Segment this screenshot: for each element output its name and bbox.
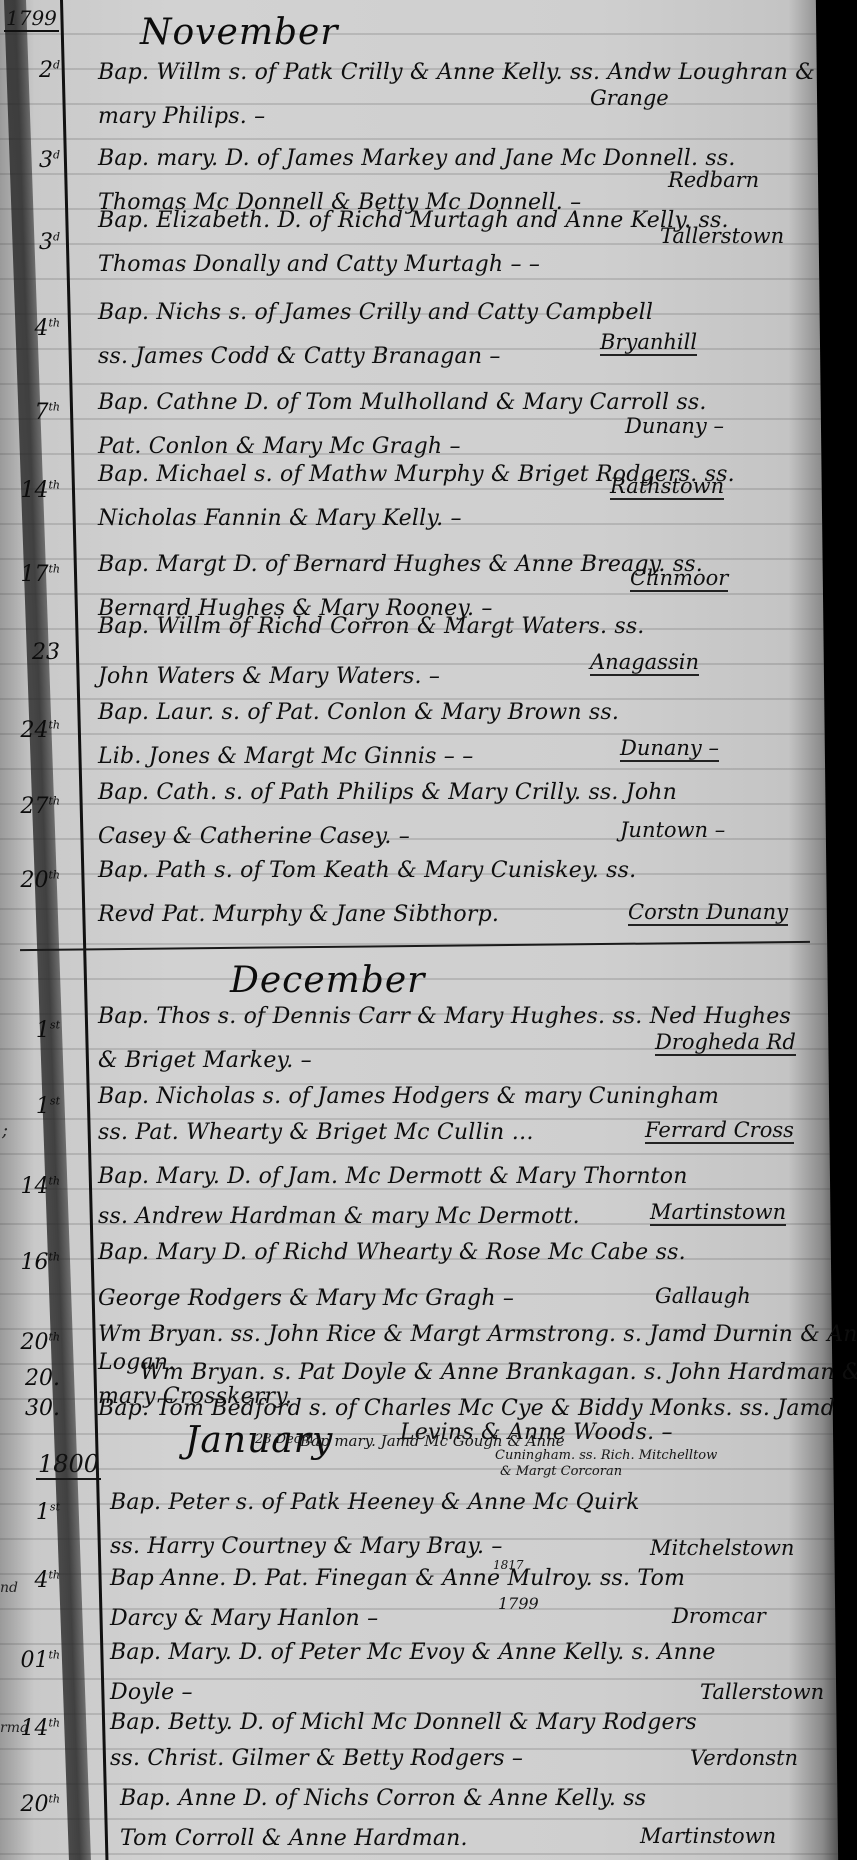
entry-date: 7th [0,400,60,425]
entry-sponsors-line: ss. Andrew Hardman & mary Mc Dermott. [98,1204,580,1229]
register-page: 1799 1800 NovemberDecemberJanuary 2dBap.… [0,0,857,1860]
year-label-1800: 1800 [36,1450,101,1480]
entry-baptism-line: Bap. Elizabeth. D. of Richd Murtagh and … [98,208,729,233]
entry-sponsors-line: Revd Pat. Murphy & Jane Sibthorp. [98,902,499,927]
entry-sponsors-line: ss. James Codd & Catty Branagan – [98,344,501,369]
entry-baptism-line: Wm Bryan. ss. John Rice & Margt Armstron… [98,1322,857,1347]
entry-baptism-line: Bap Anne. D. Pat. Finegan & Anne Mulroy.… [110,1566,685,1591]
entry-baptism-line: Wm Bryan. s. Pat Doyle & Anne Brankagan.… [140,1360,857,1385]
entry-date: 16th [0,1250,60,1275]
year-divider [36,1478,96,1480]
entry-baptism-line: Bap. mary. D. of James Markey and Jane M… [98,146,736,171]
entry-townland: Drogheda Rd [655,1030,796,1056]
interlinear-1799: 1799 [498,1594,539,1613]
entry-baptism-line: Bap. Mary. D. of Jam. Mc Dermott & Mary … [98,1164,688,1189]
entry-date: 3d [0,148,60,173]
entry-sponsors-line: Tom Corroll & Anne Hardman. [120,1826,468,1851]
entry-baptism-line: Bap. Anne D. of Nichs Corron & Anne Kell… [120,1786,646,1811]
entry-sponsors-line: Doyle – [110,1680,193,1705]
entry-baptism-line: Bap. Willm of Richd Corron & Margt Water… [98,614,645,639]
interlinear-1817: 1817 [493,1558,524,1572]
entry-date: 23 [0,640,60,665]
left-edge-fragment: rma [0,1720,28,1736]
entry-baptism-line: Bap. Thos s. of Dennis Carr & Mary Hughe… [98,1004,791,1029]
entry-baptism-line: Bap. Mary. D. of Peter Mc Evoy & Anne Ke… [110,1640,716,1665]
entry-baptism-line: Bap. Peter s. of Patk Heeney & Anne Mc Q… [110,1490,640,1515]
entry-townland: Dunany – [620,736,719,762]
entry-baptism-line: Bap. Mary D. of Richd Whearty & Rose Mc … [98,1240,686,1265]
entry-date: 20th [0,1330,60,1355]
year-label-1799: 1799 [4,6,59,32]
entry-townland: Tallerstown [700,1680,824,1704]
entry-townland: Verdonstn [690,1746,798,1770]
entry-baptism-line: Bap. Laur. s. of Pat. Conlon & Mary Brow… [98,700,619,725]
entry-date: 14th [0,1174,60,1199]
entry-sponsors-line: ss. Pat. Whearty & Briget Mc Cullin … [98,1120,534,1145]
entry-townland: Ferrard Cross [645,1118,794,1144]
entry-baptism-line: Bap. Cath. s. of Path Philips & Mary Cri… [98,780,677,805]
entry-date: 30. [0,1396,60,1421]
entry-date: 20th [0,1792,60,1817]
entry-date: 14th [0,478,60,503]
entry-date: 3d [0,230,60,255]
entry-sponsors-line: ss. Christ. Gilmer & Betty Rodgers – [110,1746,523,1771]
entry-sponsors-line: John Waters & Mary Waters. – [98,664,440,689]
entry-date: 20th [0,868,60,893]
entry-townland: Clinmoor [630,566,728,592]
entry-date: 27th [0,794,60,819]
entry-townland: Grange [590,86,669,110]
entry-date: 1st [0,1500,60,1525]
entry-baptism-line: Bap. Cathne D. of Tom Mulholland & Mary … [98,390,707,415]
entry-sponsors-line: Pat. Conlon & Mary Mc Gragh – [98,434,461,459]
january-note-3: & Margt Corcoran [500,1464,622,1479]
entry-sponsors-line: Thomas Donally and Catty Murtagh – – [98,252,540,277]
left-edge-fragment: nd [0,1580,18,1596]
entry-baptism-line: Bap. Willm s. of Patk Crilly & Anne Kell… [98,60,815,85]
entry-townland: Redbarn [668,168,759,192]
entry-baptism-line: Bap. Betty. D. of Michl Mc Donnell & Mar… [110,1710,697,1735]
entry-townland: Dromcar [672,1604,766,1628]
left-edge-fragment: ; [2,1120,8,1141]
entry-townland: Juntown – [620,818,725,842]
entry-date: 17th [0,562,60,587]
entry-townland: Bryanhill [600,330,697,356]
entry-date: 1st [0,1094,60,1119]
entry-sponsors-line: Lib. Jones & Margt Mc Ginnis – – [98,744,473,769]
entry-baptism-line: Bap. Path s. of Tom Keath & Mary Cuniske… [98,858,636,883]
month-heading: November [140,12,339,53]
entry-sponsors-line: & Briget Markey. – [98,1048,312,1073]
entry-date: 01th [0,1648,60,1673]
entry-date: 1st [0,1018,60,1043]
entry-date: 24th [0,718,60,743]
entry-baptism-line: Bap. Tom Bedford s. of Charles Mc Cye & … [98,1396,835,1421]
entry-sponsors-line: Nicholas Fannin & Mary Kelly. – [98,506,462,531]
entry-townland: Martinstown [640,1824,776,1848]
entry-townland: Anagassin [590,650,699,676]
entry-sponsors-line: Casey & Catherine Casey. – [98,824,410,849]
entry-baptism-line: Bap. Nicholas s. of James Hodgers & mary… [98,1084,719,1109]
entry-townland: Rathstown [610,474,724,500]
entry-sponsors-line: Darcy & Mary Hanlon – [110,1606,378,1631]
entry-sponsors-line: mary Philips. – [98,104,265,129]
entry-sponsors-line: ss. Harry Courtney & Mary Bray. – [110,1534,503,1559]
entry-date: 20. [0,1366,60,1391]
entry-sponsors-line: George Rodgers & Mary Mc Gragh – [98,1286,514,1311]
month-heading: December [230,960,425,1001]
entry-date: 4th [0,316,60,341]
entry-townland: Mitchelstown [650,1536,794,1560]
entry-townland: Dunany – [625,414,724,438]
entry-date: 2d [0,58,60,83]
entry-townland: Martinstown [650,1200,786,1226]
entry-baptism-line: Bap. Margt D. of Bernard Hughes & Anne B… [98,552,703,577]
entry-townland: Corstn Dunany [628,900,788,926]
january-note-2: Cuningham. ss. Rich. Mitchelltow [495,1448,717,1463]
entry-townland: Tallerstown [660,224,784,248]
entry-townland: Gallaugh [655,1284,751,1308]
entry-baptism-line: Bap. Nichs s. of James Crilly and Catty … [98,300,653,325]
